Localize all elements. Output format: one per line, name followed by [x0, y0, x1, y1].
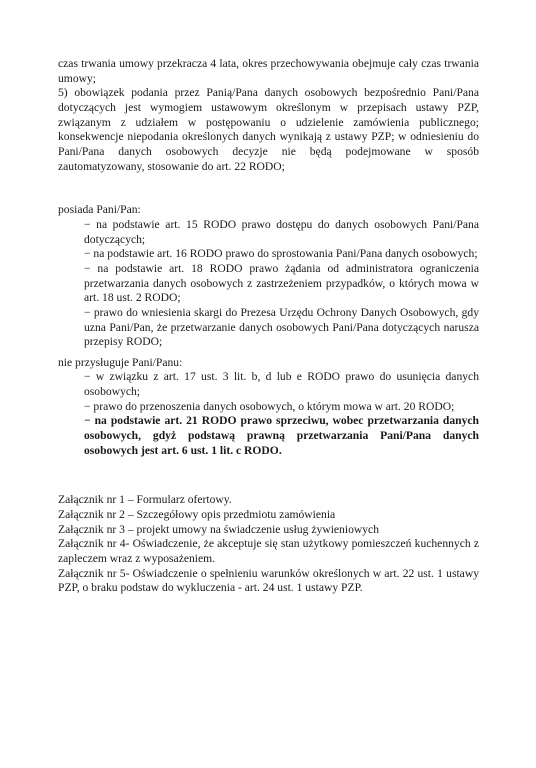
attachment-item: Załącznik nr 2 – Szczegółowy opis przedm…: [58, 508, 479, 523]
no-rights-list: − w związku z art. 17 ust. 3 lit. b, d l…: [84, 370, 479, 458]
no-rights-item: − w związku z art. 17 ust. 3 lit. b, d l…: [84, 370, 479, 399]
attachment-item: Załącznik nr 5- Oświadczenie o spełnieni…: [58, 567, 479, 596]
attachment-item: Załącznik nr 4- Oświadczenie, że akceptu…: [58, 537, 479, 566]
attachment-item: Załącznik nr 3 – projekt umowy na świadc…: [58, 523, 479, 538]
rights-item: − prawo do wniesienia skargi do Prezesa …: [84, 306, 479, 350]
attachments-list: Załącznik nr 1 – Formularz ofertowy. Zał…: [58, 493, 479, 596]
point-5-paragraph: 5) obowiązek podania przez Panią/Pana da…: [58, 86, 479, 174]
attachment-item: Załącznik nr 1 – Formularz ofertowy.: [58, 493, 479, 508]
rights-list: − na podstawie art. 15 RODO prawo dostęp…: [84, 218, 479, 350]
no-rights-heading: nie przysługuje Pani/Panu:: [58, 356, 479, 371]
rights-item: − na podstawie art. 16 RODO prawo do spr…: [84, 247, 479, 262]
document-page: czas trwania umowy przekracza 4 lata, ok…: [58, 57, 479, 596]
objection-right-item: − na podstawie art. 21 RODO prawo sprzec…: [84, 414, 479, 458]
no-rights-item: − prawo do przenoszenia danych osobowych…: [84, 400, 479, 415]
rights-item: − na podstawie art. 15 RODO prawo dostęp…: [84, 218, 479, 247]
rights-item: − na podstawie art. 18 RODO prawo żądani…: [84, 262, 479, 306]
retention-paragraph: czas trwania umowy przekracza 4 lata, ok…: [58, 57, 479, 86]
rights-heading: posiada Pani/Pan:: [58, 203, 479, 218]
